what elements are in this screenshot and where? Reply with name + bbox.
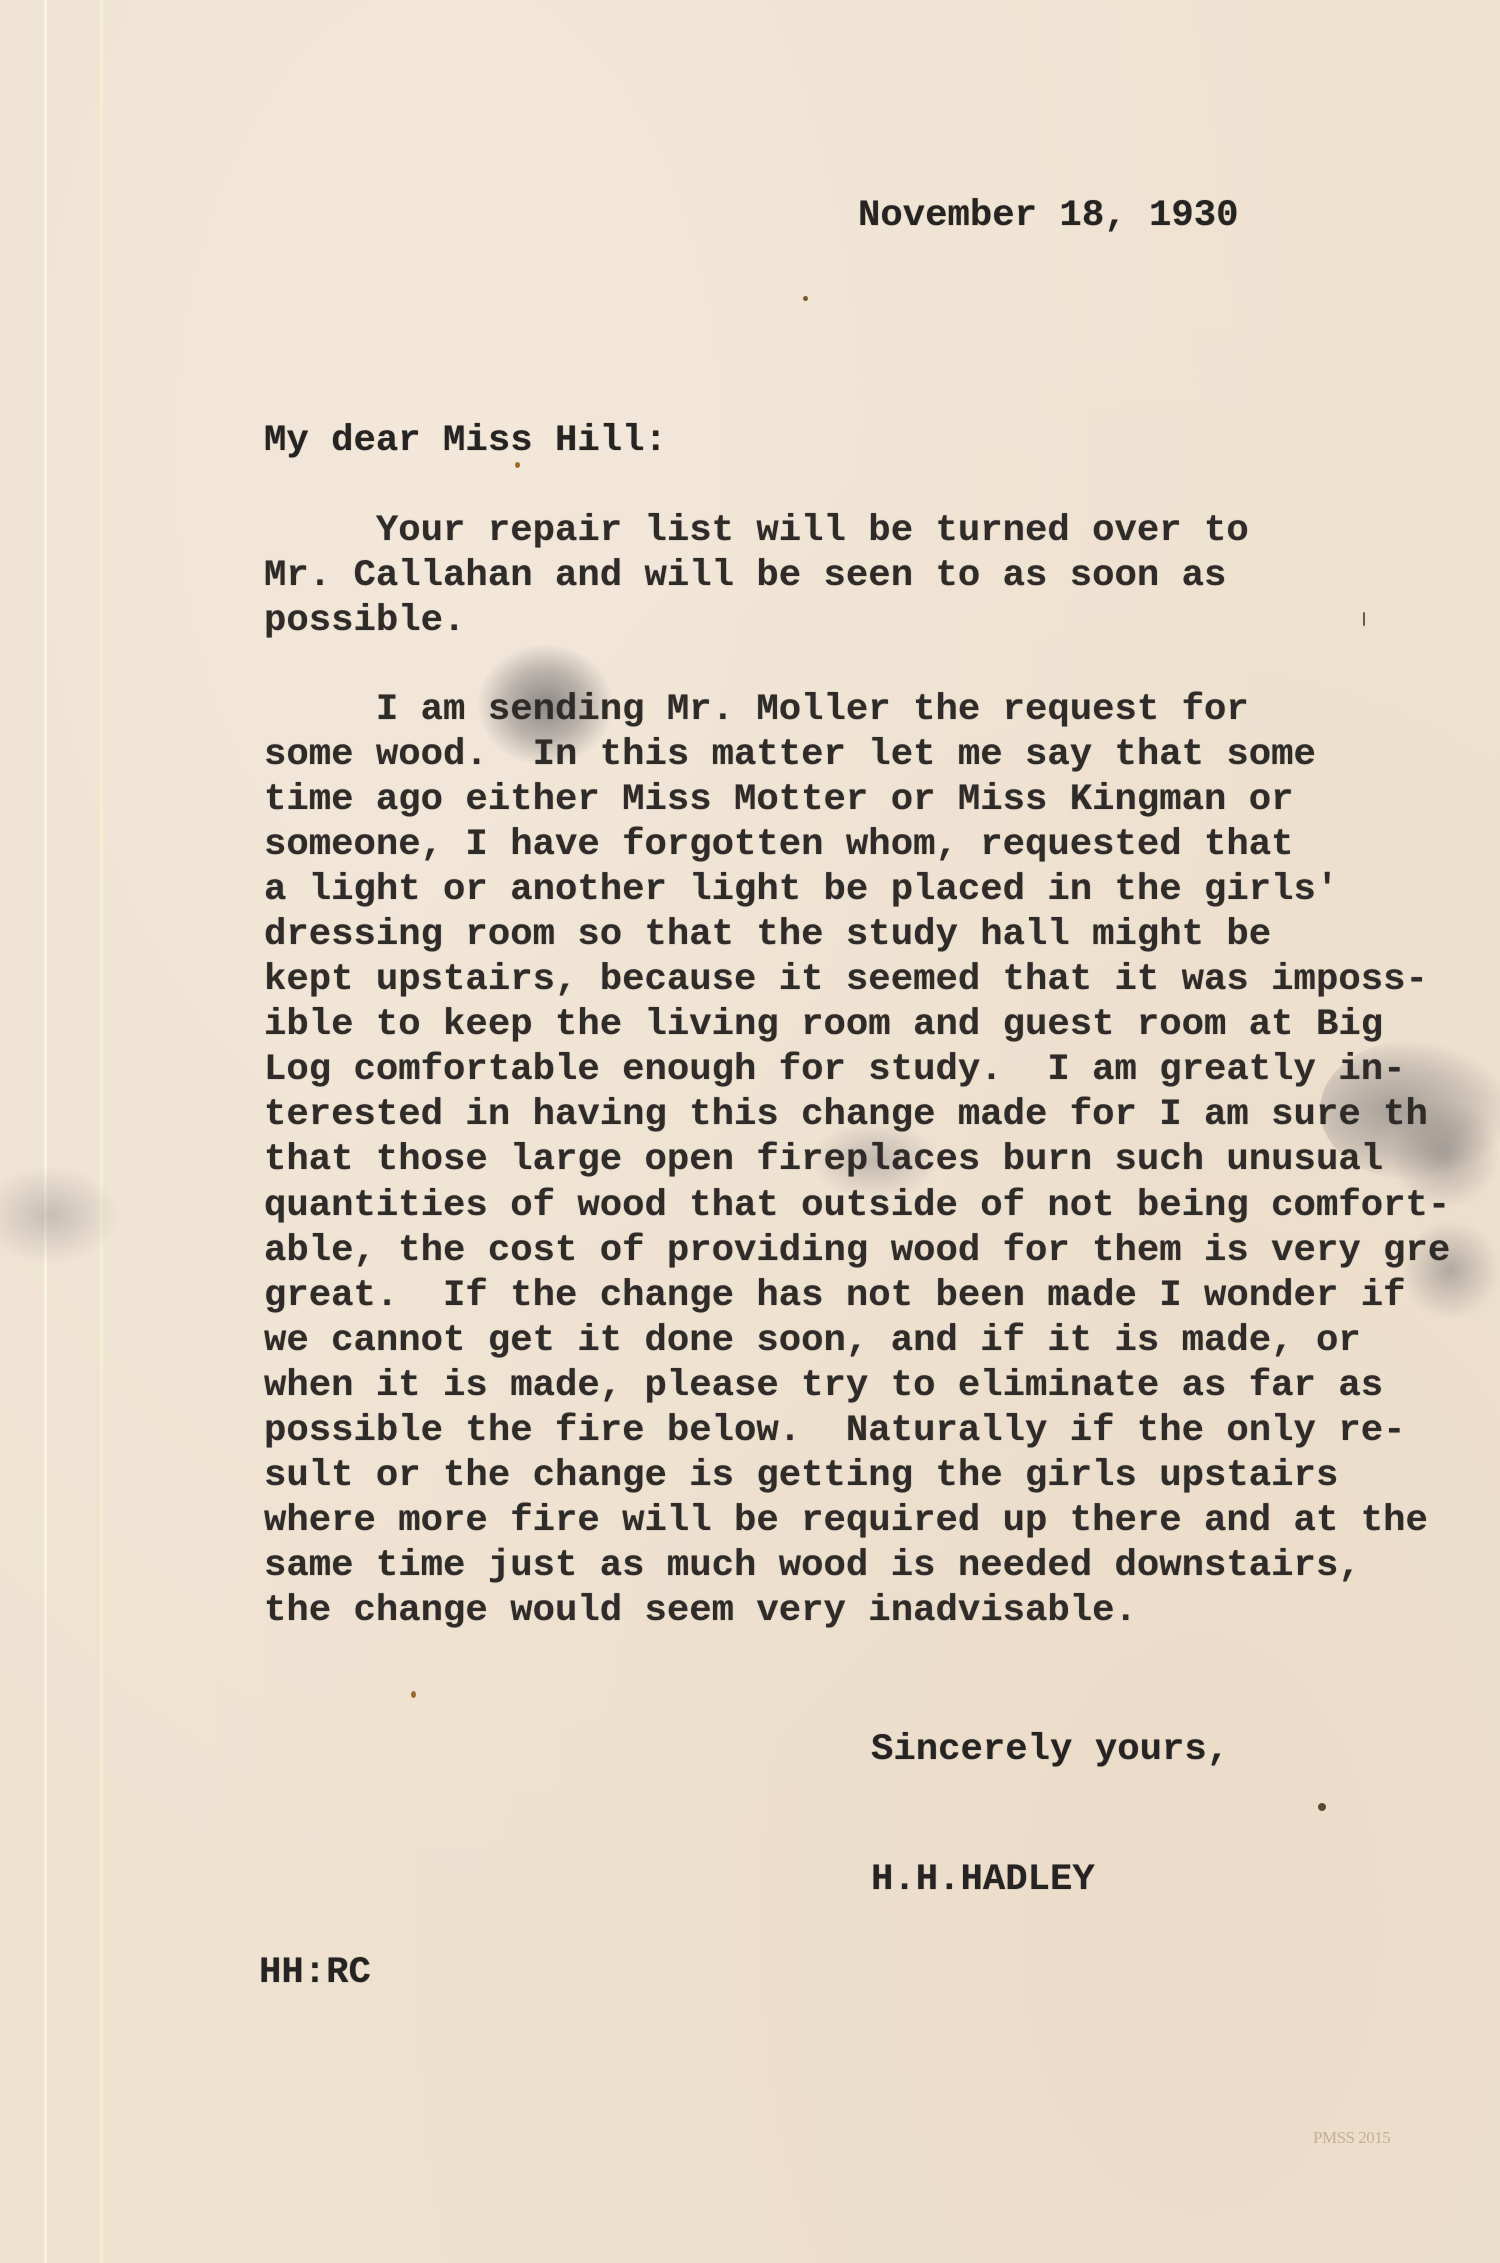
- paragraph-line: Mr. Callahan and will be seen to as soon…: [264, 554, 1249, 599]
- paragraph-line: I am sending Mr. Moller the request for: [264, 688, 1450, 733]
- paragraph-line: terested in having this change made for …: [264, 1093, 1450, 1138]
- salutation: My dear Miss Hill:: [264, 419, 667, 464]
- paragraph-line: possible.: [264, 599, 1249, 644]
- paper-speck: [803, 296, 808, 301]
- paragraph-line: Your repair list will be turned over to: [264, 509, 1249, 554]
- paragraph-line: possible the fire below. Naturally if th…: [264, 1409, 1450, 1454]
- letter-date: November 18, 1930: [858, 194, 1239, 239]
- paragraph-line: kept upstairs, because it seemed that it…: [264, 958, 1450, 1003]
- paragraph-line: someone, I have forgotten whom, requeste…: [264, 823, 1450, 868]
- paragraph-line: we cannot get it done soon, and if it is…: [264, 1319, 1450, 1364]
- paragraph-line: able, the cost of providing wood for the…: [264, 1229, 1450, 1274]
- paragraph-line: time ago either Miss Motter or Miss King…: [264, 778, 1450, 823]
- paper-edge-line: [100, 0, 103, 2263]
- closing: Sincerely yours,: [871, 1728, 1229, 1773]
- paper-edge-line: [44, 0, 47, 2263]
- paragraph-line: quantities of wood that outside of not b…: [264, 1184, 1450, 1229]
- paragraph-line: same time just as much wood is needed do…: [264, 1544, 1450, 1589]
- paper-speck: [1318, 1803, 1326, 1811]
- paragraph-line: that those large open fireplaces burn su…: [264, 1138, 1450, 1183]
- paragraph-1: Your repair list will be turned over to …: [264, 509, 1249, 644]
- paragraph-line: sult or the change is getting the girls …: [264, 1454, 1450, 1499]
- paper-speck: [411, 1691, 416, 1698]
- paragraph-line: where more fire will be required up ther…: [264, 1499, 1450, 1544]
- paragraph-line: a light or another light be placed in th…: [264, 868, 1450, 913]
- archive-watermark: PMSS 2015: [1313, 2128, 1390, 2148]
- paragraph-line: dressing room so that the study hall mig…: [264, 913, 1450, 958]
- paragraph-line: Log comfortable enough for study. I am g…: [264, 1048, 1450, 1093]
- paragraph-2: I am sending Mr. Moller the request for …: [264, 688, 1450, 1634]
- reference-initials: HH:RC: [259, 1951, 371, 1996]
- paragraph-line: when it is made, please try to eliminate…: [264, 1364, 1450, 1409]
- paper-speck: [1363, 612, 1365, 626]
- paragraph-line: some wood. In this matter let me say tha…: [264, 733, 1450, 778]
- paragraph-line: the change would seem very inadvisable.: [264, 1589, 1450, 1634]
- paragraph-line: great. If the change has not been made I…: [264, 1274, 1450, 1319]
- paragraph-line: ible to keep the living room and guest r…: [264, 1003, 1450, 1048]
- signature: H.H.HADLEY: [871, 1858, 1095, 1903]
